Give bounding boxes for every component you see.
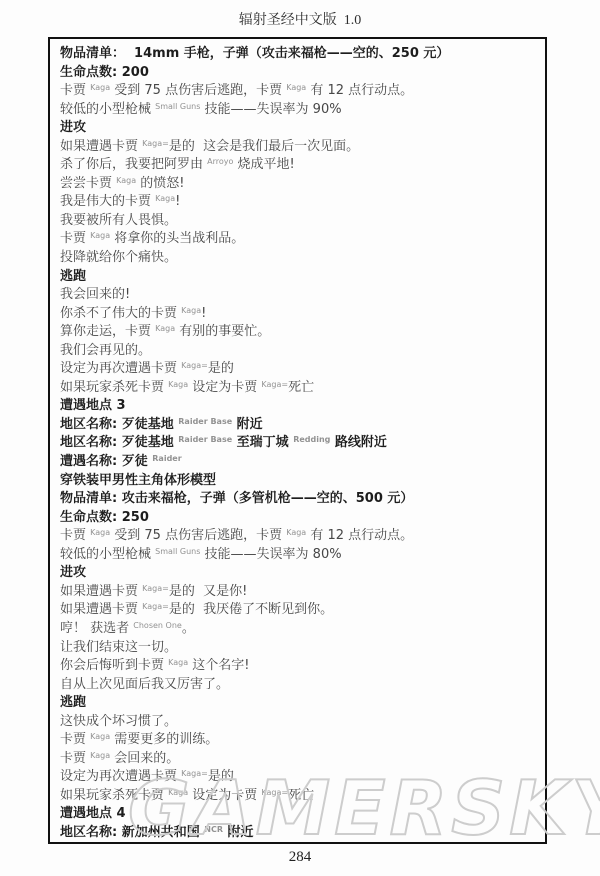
superscript-annotation: Raider Base [178, 417, 232, 426]
line-text: 物品清单: 攻击来福枪，子弹（多管机枪——空的、500 元） [60, 491, 413, 506]
text-line: 地区名称: 歹徒基地 Raider Base 至瑞丁城 Redding 路线附近 [60, 434, 539, 453]
document-content-box: 物品清单： 14mm 手枪，子弹（攻击来福枪——空的、250 元）生命点数: 2… [48, 37, 547, 844]
superscript-annotation: Kaga [168, 658, 188, 667]
line-text: 让我们结束这一切。 [60, 640, 177, 655]
line-text: 我会回来的! [60, 287, 130, 302]
line-text: 卡贾 [60, 528, 90, 543]
line-text: 有 12 点行动点。 [306, 528, 413, 543]
line-text: 我要被所有人畏惧。 [60, 213, 177, 228]
text-line: 你会后悔听到卡贾 Kaga 这个名字! [60, 657, 539, 676]
line-text: 卡贾 [60, 732, 90, 747]
text-line: 哼！ 获选者 Chosen One。 [60, 620, 539, 639]
text-line: 生命点数: 250 [60, 509, 539, 528]
line-text: 受到 75 点伤害后逃跑，卡贾 [110, 528, 286, 543]
text-line: 设定为再次遭遇卡贾 Kaga=是的 [60, 360, 539, 379]
line-text: 自从上次见面后我又厉害了。 [60, 677, 229, 692]
line-text: 算你走运，卡贾 [60, 324, 155, 339]
text-line: 尝尝卡贾 Kaga 的愤怒! [60, 175, 539, 194]
text-line: 遭遇名称: 歹徒 Raider [60, 453, 539, 472]
text-line: 卡贾 Kaga 受到 75 点伤害后逃跑，卡贾 Kaga 有 12 点行动点。 [60, 82, 539, 101]
text-line: 生命点数: 200 [60, 64, 539, 83]
line-text: 遭遇地点 4 [60, 806, 126, 821]
superscript-annotation: Kaga [90, 528, 110, 537]
text-line: 穿铁装甲男性主角体形模型 [60, 472, 539, 491]
line-text: 技能——失误率为 80% [200, 547, 341, 562]
line-text: 我是伟大的卡贾 [60, 194, 155, 209]
line-text: 设定为再次遭遇卡贾 [60, 361, 181, 376]
text-line: 如果玩家杀死卡贾 Kaga 设定为卡贾 Kaga=死亡 [60, 379, 539, 398]
superscript-annotation: Redding [293, 435, 330, 444]
text-line: 较低的小型枪械 Small Guns 技能——失误率为 90% [60, 101, 539, 120]
text-line: 算你走运，卡贾 Kaga 有别的事要忙。 [60, 323, 539, 342]
line-text: 我们会再见的。 [60, 343, 151, 358]
superscript-annotation: Kaga [181, 306, 201, 315]
superscript-annotation: Kaga [90, 732, 110, 741]
text-line: 自从上次见面后我又厉害了。 [60, 676, 539, 695]
line-text: 有 12 点行动点。 [306, 83, 413, 98]
text-line: 如果遭遇卡贾 Kaga=是的 我厌倦了不断见到你。 [60, 601, 539, 620]
text-line: 你杀不了伟大的卡贾 Kaga! [60, 305, 539, 324]
text-line: 卡贾 Kaga 受到 75 点伤害后逃跑，卡贾 Kaga 有 12 点行动点。 [60, 527, 539, 546]
text-line: 投降就给你个痛快。 [60, 249, 539, 268]
text-line: 物品清单： 14mm 手枪，子弹（攻击来福枪——空的、250 元） [60, 45, 539, 64]
line-text: 较低的小型枪械 [60, 102, 155, 117]
page-title: 辐射圣经中文版 1.0 [0, 9, 600, 29]
line-text: 穿铁装甲男性主角体形模型 [60, 473, 216, 488]
superscript-annotation: Kaga [90, 231, 110, 240]
line-text: 技能——失误率为 90% [200, 102, 341, 117]
superscript-annotation: Small Guns [155, 102, 200, 111]
superscript-annotation: Kaga [90, 751, 110, 760]
line-text: 生命点数: 200 [60, 65, 149, 80]
line-text: 如果遭遇卡贾 [60, 602, 142, 617]
superscript-annotation: Kaga [90, 83, 110, 92]
text-line: 较低的小型枪械 Small Guns 技能——失误率为 80% [60, 546, 539, 565]
line-text: 卡贾 [60, 83, 90, 98]
line-text: 进攻 [60, 120, 86, 135]
line-text: 尝尝卡贾 [60, 176, 116, 191]
line-text: 是的 又是你! [169, 584, 247, 599]
line-text: 地区名称: 歹徒基地 [60, 435, 178, 450]
line-text: 这个名字! [188, 658, 249, 673]
line-text: 你杀不了伟大的卡贾 [60, 306, 181, 321]
text-line: 如果遭遇卡贾 Kaga=是的 这会是我们最后一次见面。 [60, 138, 539, 157]
superscript-annotation: Kaga= [142, 602, 169, 611]
line-text: 较低的小型枪械 [60, 547, 155, 562]
line-text: 如果遭遇卡贾 [60, 139, 142, 154]
line-text: 将拿你的头当战利品。 [110, 231, 244, 246]
line-text: 是的 [208, 361, 234, 376]
line-text: 遭遇地点 3 [60, 398, 126, 413]
superscript-annotation: Arroyo [207, 157, 233, 166]
line-text: 投降就给你个痛快。 [60, 250, 177, 265]
text-line: 进攻 [60, 564, 539, 583]
line-text: 是的 这会是我们最后一次见面。 [169, 139, 359, 154]
line-text: 生命点数: 250 [60, 510, 149, 525]
superscript-annotation: Kaga [286, 528, 306, 537]
text-line: 物品清单: 攻击来福枪，子弹（多管机枪——空的、500 元） [60, 490, 539, 509]
line-text: 死亡 [288, 380, 314, 395]
line-text: 地区名称: 歹徒基地 [60, 417, 178, 432]
line-text: 逃跑 [60, 695, 86, 710]
line-text: 如果遭遇卡贾 [60, 584, 142, 599]
superscript-annotation: Kaga= [261, 380, 288, 389]
line-text: 有别的事要忙。 [175, 324, 270, 339]
text-line: 地区名称: 歹徒基地 Raider Base 附近 [60, 416, 539, 435]
superscript-annotation: Kaga= [181, 361, 208, 370]
text-line: 逃跑 [60, 694, 539, 713]
line-text: 杀了你后，我要把阿罗由 [60, 157, 207, 172]
gamersky-watermark: GAMERSKY [128, 764, 600, 852]
text-line: 我会回来的! [60, 286, 539, 305]
superscript-annotation: Kaga [116, 176, 136, 185]
line-text: 的愤怒! [136, 176, 184, 191]
text-line: 杀了你后，我要把阿罗由 Arroyo 烧成平地! [60, 156, 539, 175]
text-line: 进攻 [60, 119, 539, 138]
text-line: 逃跑 [60, 268, 539, 287]
text-line: 卡贾 Kaga 需要更多的训练。 [60, 731, 539, 750]
line-text: 需要更多的训练。 [110, 732, 218, 747]
line-text: 进攻 [60, 565, 86, 580]
line-text: 至瑞丁城 [232, 435, 293, 450]
line-text: 卡贾 [60, 231, 90, 246]
line-text: 卡贾 [60, 751, 90, 766]
line-text: 设定为卡贾 [188, 380, 261, 395]
text-line: 我是伟大的卡贾 Kaga! [60, 193, 539, 212]
superscript-annotation: Kaga [155, 194, 175, 203]
line-text: ! [201, 306, 206, 321]
line-text: 。 [182, 621, 195, 636]
line-text: 物品清单： 14mm 手枪，子弹（攻击来福枪——空的、250 元） [60, 46, 449, 61]
line-text: 路线附近 [330, 435, 387, 450]
text-line: 这快成个坏习惯了。 [60, 713, 539, 732]
superscript-annotation: Raider [152, 454, 181, 463]
line-text: 是的 我厌倦了不断见到你。 [169, 602, 333, 617]
line-text: ! [175, 194, 180, 209]
line-text: 遭遇名称: 歹徒 [60, 454, 152, 469]
text-line: 遭遇地点 3 [60, 397, 539, 416]
superscript-annotation: Kaga= [142, 584, 169, 593]
superscript-annotation: Small Guns [155, 547, 200, 556]
line-text: 逃跑 [60, 269, 86, 284]
superscript-annotation: Kaga [168, 380, 188, 389]
text-line: 我们会再见的。 [60, 342, 539, 361]
text-line: 让我们结束这一切。 [60, 639, 539, 658]
line-text: 烧成平地! [233, 157, 294, 172]
line-text: 你会后悔听到卡贾 [60, 658, 168, 673]
text-line: 如果遭遇卡贾 Kaga=是的 又是你! [60, 583, 539, 602]
superscript-annotation: Kaga [155, 324, 175, 333]
superscript-annotation: Kaga= [142, 139, 169, 148]
line-text: 附近 [232, 417, 263, 432]
line-text: 这快成个坏习惯了。 [60, 714, 177, 729]
superscript-annotation: Kaga [286, 83, 306, 92]
text-line: 卡贾 Kaga 将拿你的头当战利品。 [60, 230, 539, 249]
line-text: 受到 75 点伤害后逃跑，卡贾 [110, 83, 286, 98]
superscript-annotation: Raider Base [178, 435, 232, 444]
text-line: 我要被所有人畏惧。 [60, 212, 539, 231]
line-text: 如果玩家杀死卡贾 [60, 380, 168, 395]
superscript-annotation: Chosen One [133, 621, 182, 630]
line-text: 哼！ 获选者 [60, 621, 133, 636]
